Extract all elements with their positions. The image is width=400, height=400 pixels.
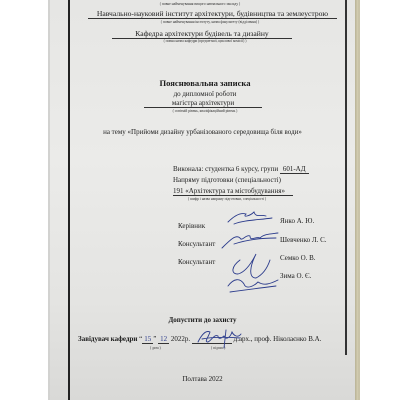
admit-label: Допустити до захисту <box>0 316 400 324</box>
degree: магістра архітектури <box>144 99 262 108</box>
institute-name: Навчально-науковий інститут архітектури,… <box>88 9 337 19</box>
department-name: Кафедра архітектури будівель та дизайну <box>112 29 292 39</box>
signatory-name: Шевченко Л. С. <box>280 236 327 244</box>
date-month: 12 <box>158 335 169 344</box>
document-subtitle: до дипломної роботи <box>0 90 400 98</box>
document-title: Пояснювальна записка <box>0 78 400 88</box>
signatory-role: Керівник <box>178 222 205 230</box>
specialty-label: Напряму підготовки (спеціальності) <box>173 176 281 184</box>
paper-edge <box>355 0 358 400</box>
signatory-role: Консультант <box>178 240 215 248</box>
performer-line: Виконала: студентка 6 курсу, групи 601-А… <box>173 165 309 173</box>
specialty-value: 191 «Архітектура та містобудування» <box>173 187 293 196</box>
thesis-topic: на тему «Прийоми дизайну урбанізованого … <box>0 128 400 136</box>
signatory-role: Консультант <box>178 258 215 266</box>
institute-caption: ( повне найменування інституту, назва фа… <box>0 20 400 24</box>
frame-right-border <box>345 0 347 355</box>
group-number: 601-АД <box>280 165 309 174</box>
signatory-name: Семко О. В. <box>280 254 316 262</box>
handwritten-signatures-icon <box>220 208 280 298</box>
frame-left-border <box>68 0 70 400</box>
date-caption: ( дата ) <box>150 346 161 350</box>
university-caption: ( повне найменування вищого навчального … <box>0 2 400 6</box>
signatory-name: Янко А. Ю. <box>280 217 314 225</box>
degree-caption: ( освітній рівень, кваліфікаційний рівен… <box>0 109 400 113</box>
head-name: д.арх., проф. Ніколаєнко В.А. <box>234 335 322 343</box>
date-year: 2022р. <box>171 335 190 343</box>
head-signature-icon <box>196 326 242 350</box>
footer-city-year: Полтава 2022 <box>0 375 400 383</box>
specialty-caption: ( шифр і назва напряму підготовки, спеці… <box>188 197 266 201</box>
performer-label: Виконала: студентка 6 курсу, групи <box>173 165 278 173</box>
date-day: 15 <box>142 335 153 344</box>
department-caption: ( повна назва кафедри (предметної, цикло… <box>0 39 400 43</box>
head-label: Завідувач кафедри <box>78 335 137 343</box>
signatory-name: Зима О. Є. <box>280 272 311 280</box>
